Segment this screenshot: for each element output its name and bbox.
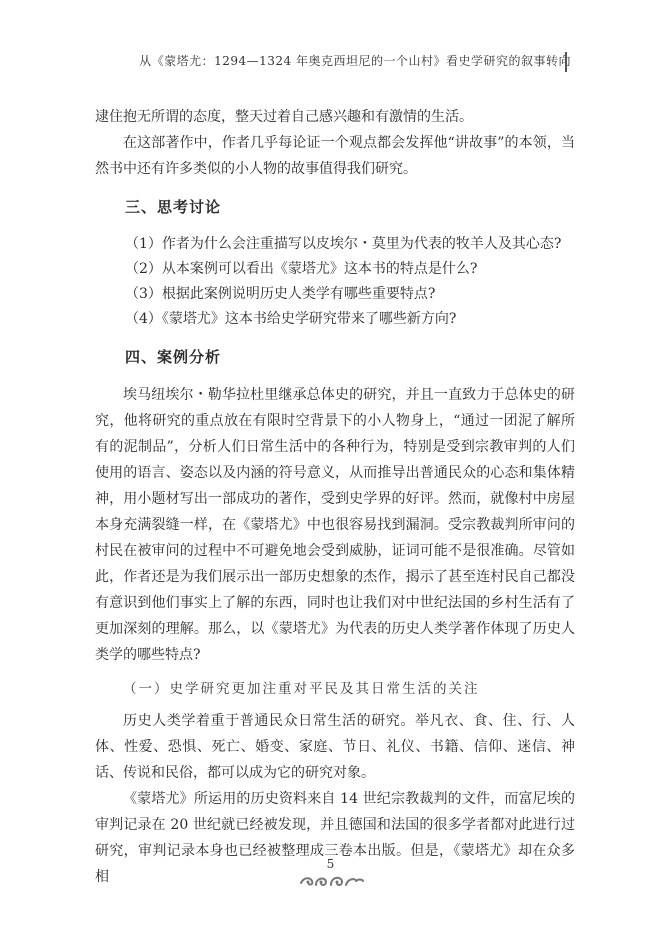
discussion-question: （4）《蒙塔尤》这本书给史学研究带来了哪些新方向? xyxy=(125,307,575,332)
body-paragraph: 历史人类学着重于普通民众日常生活的研究。举凡衣、食、住、行、人体、性爱、恐惧、死… xyxy=(95,708,575,786)
page-content: 逮住抱无所谓的态度，整天过着自己感兴趣和有激情的生活。 在这部著作中，作者几乎每… xyxy=(95,104,575,890)
section-heading-analysis: 四、案例分析 xyxy=(125,344,575,370)
page-number: 5 xyxy=(0,857,661,871)
discussion-question: （3）根据此案例说明历史人类学有哪些重要特点? xyxy=(125,282,575,307)
section-heading-discussion: 三、思考讨论 xyxy=(125,194,575,220)
cloud-scroll-ornament-icon xyxy=(296,873,366,889)
header-bar-divider xyxy=(565,52,567,72)
discussion-question: （2）从本案例可以看出《蒙塔尤》这本书的特点是什么? xyxy=(125,257,575,282)
page-footer: 5 xyxy=(0,857,661,889)
subsection-heading: （一）史学研究更加注重对平民及其日常生活的关注 xyxy=(123,676,575,702)
discussion-question: （1）作者为什么会注重描写以皮埃尔・莫里为代表的牧羊人及其心态? xyxy=(125,232,575,257)
body-paragraph: 埃马纽埃尔・勒华拉杜里继承总体史的研究，并且一直致力于总体史的研究，他将研究的重… xyxy=(95,382,575,668)
body-paragraph: 在这部著作中，作者几乎每论证一个观点都会发挥他“讲故事”的本领，当然书中还有许多… xyxy=(95,130,575,182)
running-header-title: 从《蒙塔尤：1294—1324 年奥克西坦尼的一个山村》看史学研究的叙事转向 xyxy=(139,52,571,69)
body-paragraph: 逮住抱无所谓的态度，整天过着自己感兴趣和有激情的生活。 xyxy=(95,104,575,130)
